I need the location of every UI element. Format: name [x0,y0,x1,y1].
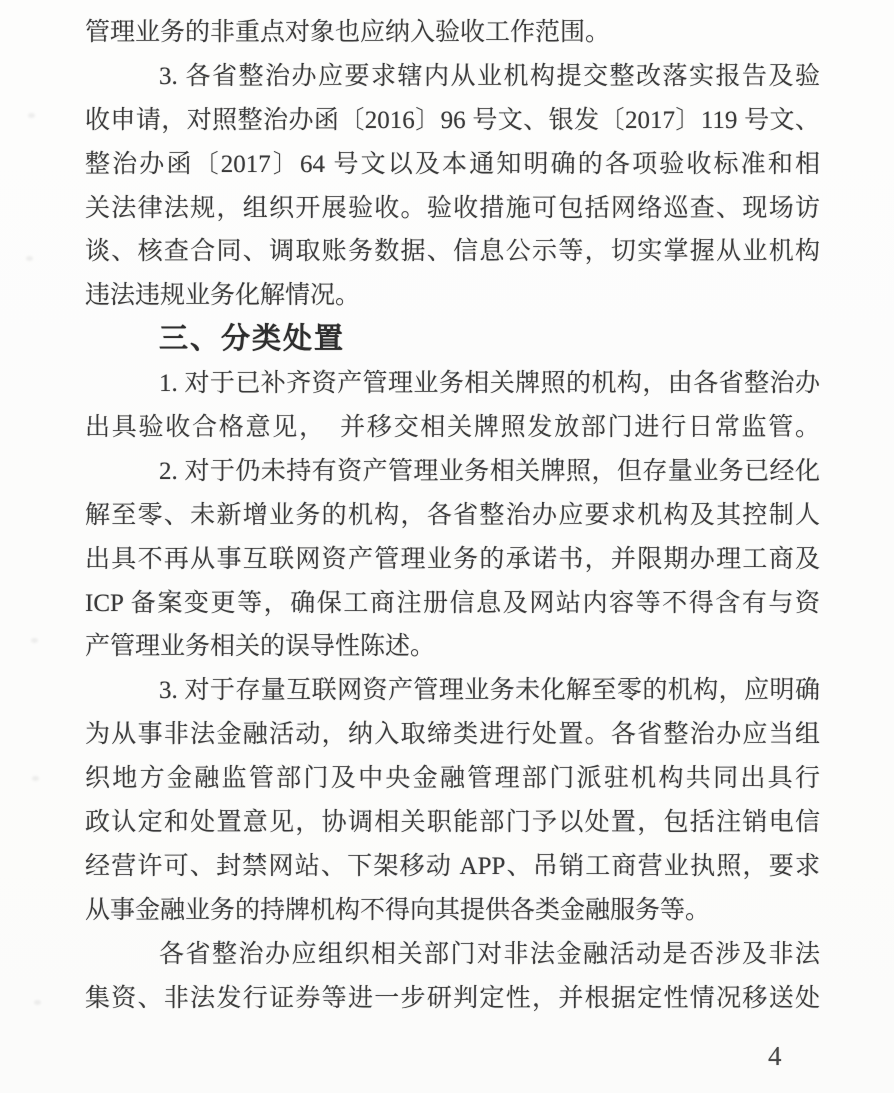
document-body: 管理业务的非重点对象也应纳入验收工作范围。3. 各省整治办应要求辖内从业机构提交… [85,11,820,1020]
text-line: 织地方金融监管部门及中央金融管理部门派驻机构共同出具行 [85,757,820,801]
text-line: 从事金融业务的持牌机构不得向其提供各类金融服务等。 [85,889,820,933]
scan-artifact [26,256,33,261]
text-line: ICP 备案变更等，确保工商注册信息及网站内容等不得含有与资 [85,582,820,626]
scan-artifact [34,1000,41,1005]
text-line: 1. 对于已补齐资产管理业务相关牌照的机构，由各省整治办 [85,362,820,406]
text-line: 为从事非法金融活动，纳入取缔类进行处置。各省整治办应当组 [85,713,820,757]
text-line: 各省整治办应组织相关部门对非法金融活动是否涉及非法 [85,933,820,977]
text-line: 经营许可、封禁网站、下架移动 APP、吊销工商营业执照，要求 [85,845,820,889]
text-line: 关法律法规，组织开展验收。验收措施可包括网络巡查、现场访 [85,187,820,231]
text-line: 产管理业务相关的误导性陈述。 [85,625,820,669]
text-line: 出具不再从事互联网资产管理业务的承诺书，并限期办理工商及 [85,538,820,582]
text-line: 违法违规业务化解情况。 [85,274,820,318]
text-line: 谈、核查合同、调取账务数据、信息公示等，切实掌握从业机构 [85,230,820,274]
scanned-document-page: 管理业务的非重点对象也应纳入验收工作范围。3. 各省整治办应要求辖内从业机构提交… [0,0,894,1093]
text-line: 整治办函〔2017〕64 号文以及本通知明确的各项验收标准和相 [85,143,820,187]
scan-artifact [28,113,35,118]
scan-artifact [31,638,38,643]
text-line: 政认定和处置意见，协调相关职能部门予以处置，包括注销电信 [85,801,820,845]
text-line: 3. 对于存量互联网资产管理业务未化解至零的机构，应明确 [85,669,820,713]
text-line: 管理业务的非重点对象也应纳入验收工作范围。 [85,11,820,55]
text-line: 收申请，对照整治办函〔2016〕96 号文、银发〔2017〕119 号文、 [85,99,820,143]
text-line: 出具验收合格意见， 并移交相关牌照发放部门进行日常监管。 [85,406,820,450]
text-line: 集资、非法发行证券等进一步研判定性，并根据定性情况移送处 [85,977,820,1021]
text-line: 解至零、未新增业务的机构，各省整治办应要求机构及其控制人 [85,494,820,538]
text-line: 3. 各省整治办应要求辖内从业机构提交整改落实报告及验 [85,55,820,99]
text-line: 2. 对于仍未持有资产管理业务相关牌照，但存量业务已经化 [85,450,820,494]
scan-artifact [32,776,39,781]
page-number: 4 [768,1040,782,1072]
section-heading: 三、分类处置 [85,318,820,362]
